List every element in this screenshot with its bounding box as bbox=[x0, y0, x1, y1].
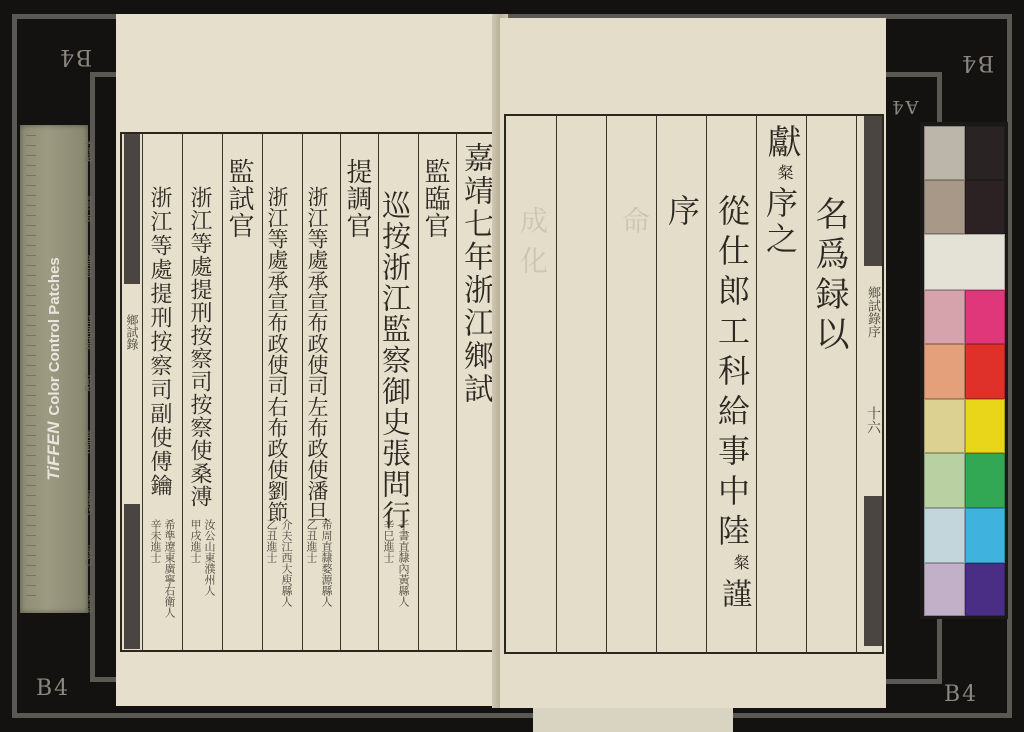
ruler-label: Black bbox=[84, 140, 94, 162]
heading-jianshiguan: 監試官 bbox=[226, 158, 252, 239]
tiffen-logo: TiFFEN bbox=[44, 422, 63, 481]
patch-peach bbox=[924, 344, 965, 399]
column-rule bbox=[806, 116, 807, 652]
official-pan-dan: 浙江等處承宣布政使司左布政使潘旦 bbox=[306, 186, 327, 522]
note-pan-a: 希周直隸婺源縣人 bbox=[321, 519, 332, 607]
right-page: 成化 命 序 從仕郎工科給事中陸 粲 謹 獻 粲 序之 名爲録以 鄉試錄序 十六 bbox=[500, 18, 886, 708]
ruler-label: 3/Color bbox=[84, 195, 94, 224]
can-small: 粲 bbox=[776, 164, 792, 180]
column-rule bbox=[340, 134, 341, 650]
column-rule bbox=[418, 134, 419, 650]
patch-magenta bbox=[965, 290, 1005, 344]
column-rule bbox=[706, 116, 707, 652]
heading-tidiaoguan: 提調官 bbox=[344, 158, 370, 239]
note-fu-a: 希準遼東廣寧右衛人 bbox=[164, 519, 175, 618]
patch-lavender bbox=[924, 563, 965, 616]
column-rule bbox=[262, 134, 263, 650]
bleed-through-text: 成化 bbox=[518, 206, 546, 286]
note-fu-b: 辛未進士 bbox=[150, 519, 161, 563]
ruler-label: White bbox=[84, 255, 94, 278]
author-title-line: 從仕郎工科給事中陸 bbox=[716, 194, 748, 554]
fishtail-block-bottom bbox=[124, 504, 140, 649]
patch-dark-gray bbox=[965, 126, 1005, 180]
right-page-frame: 成化 命 序 從仕郎工科給事中陸 粲 謹 獻 粲 序之 名爲録以 鄉試錄序 十六 bbox=[504, 114, 884, 654]
left-page-title: 嘉靖七年浙江鄉試 bbox=[460, 142, 490, 406]
author-respectfully: 謹 bbox=[718, 578, 748, 611]
patch-blue-violet bbox=[965, 563, 1005, 616]
note-liu-b: 乙丑進士 bbox=[266, 519, 277, 563]
patch-green bbox=[965, 453, 1005, 508]
heading-jianlinguan: 監臨官 bbox=[422, 158, 448, 239]
left-margin-label: 鄉試錄 bbox=[126, 314, 138, 350]
left-page: 鄉試錄 嘉靖七年浙江鄉試 監臨官 巡按浙江監察御史張問行 子書直隸內黃縣人 辛巳… bbox=[116, 14, 502, 706]
xian-char: 獻 bbox=[764, 124, 798, 161]
note-liu-a: 介夫江西大庾縣人 bbox=[281, 519, 292, 607]
column-rule bbox=[756, 116, 757, 652]
fishtail-block-top-right bbox=[864, 116, 882, 266]
fishtail-block-top bbox=[124, 134, 140, 284]
note-sang-b: 甲戌進士 bbox=[190, 519, 201, 563]
ruler-label: Blue bbox=[84, 595, 94, 613]
official-zhang-wenxing: 巡按浙江監察御史張問行 bbox=[380, 190, 409, 531]
patch-cyan-light bbox=[924, 508, 965, 563]
ruler-title: Color Control Patches bbox=[46, 257, 63, 415]
note-zhang-a: 子書直隸內黃縣人 bbox=[398, 519, 409, 607]
target-label-bottom-left: B4 bbox=[36, 676, 70, 701]
official-fu-yue: 浙江等處提刑按察司副使傅鑰 bbox=[148, 186, 170, 498]
note-pan-b: 乙丑進士 bbox=[306, 519, 317, 563]
author-name-small: 粲 bbox=[732, 554, 748, 570]
column-rule bbox=[182, 134, 183, 650]
note-zhang-b: 辛巳進士 bbox=[383, 519, 394, 563]
binding-tab bbox=[533, 706, 733, 732]
patch-pink-light bbox=[924, 290, 965, 344]
patch-red bbox=[965, 344, 1005, 399]
preface-heading: 序 bbox=[666, 194, 698, 229]
patch-green-light bbox=[924, 453, 965, 508]
column-rule bbox=[142, 134, 143, 650]
right-margin-label: 鄉試錄序 bbox=[866, 286, 879, 338]
patch-yellow bbox=[965, 399, 1005, 453]
ruler-label: Green bbox=[84, 490, 94, 515]
ruler-ticks bbox=[26, 135, 36, 603]
column-rule bbox=[606, 116, 607, 652]
ruler-label: Red bbox=[84, 375, 94, 392]
column-rule bbox=[302, 134, 303, 650]
patch-light-gray bbox=[924, 126, 965, 180]
ruler-color-names: Blue Cyan Green Yellow Red Magenta White… bbox=[72, 125, 84, 613]
patch-tan bbox=[924, 180, 965, 234]
patch-cyan bbox=[965, 508, 1005, 563]
column-rule bbox=[656, 116, 657, 652]
target-label-top-right-inner: A4 bbox=[890, 96, 918, 117]
xu-zhi-text: 序之 bbox=[764, 186, 796, 258]
color-control-ruler: TiFFENColor Control Patches Blue Cyan Gr… bbox=[20, 125, 88, 613]
column-rule bbox=[856, 116, 857, 652]
ruler-label: Yellow bbox=[84, 430, 94, 456]
note-sang-a: 汝公山東濮州人 bbox=[204, 519, 215, 596]
ruler-label: Cyan bbox=[84, 545, 94, 566]
patch-yellow-light bbox=[924, 399, 965, 453]
column-rule bbox=[222, 134, 223, 650]
fishtail-block-bottom-right bbox=[864, 496, 882, 646]
ming-wei-lu-yi: 名爲録以 bbox=[812, 196, 846, 356]
official-sang-pu: 浙江等處提刑按察司按察使桑溥 bbox=[188, 186, 210, 508]
ruler-label: Magenta bbox=[84, 315, 94, 350]
target-label-top-right: B4 bbox=[960, 50, 994, 75]
target-label-bottom-right: B4 bbox=[944, 682, 978, 707]
official-liu-jie: 浙江等處承宣布政使司右布政使劉節 bbox=[266, 186, 287, 522]
bleed-through-text: 命 bbox=[620, 206, 648, 246]
left-page-frame: 鄉試錄 嘉靖七年浙江鄉試 監臨官 巡按浙江監察御史張問行 子書直隸內黃縣人 辛巳… bbox=[120, 132, 498, 652]
ruler-brand: TiFFENColor Control Patches bbox=[44, 257, 64, 481]
column-rule bbox=[456, 134, 457, 650]
color-patch-chart bbox=[920, 122, 1008, 619]
target-label-top-left: B4 bbox=[58, 44, 92, 69]
patch-brown-black bbox=[965, 180, 1005, 234]
patch-white bbox=[924, 234, 1005, 290]
page-number: 十六 bbox=[866, 406, 880, 434]
column-rule bbox=[556, 116, 557, 652]
